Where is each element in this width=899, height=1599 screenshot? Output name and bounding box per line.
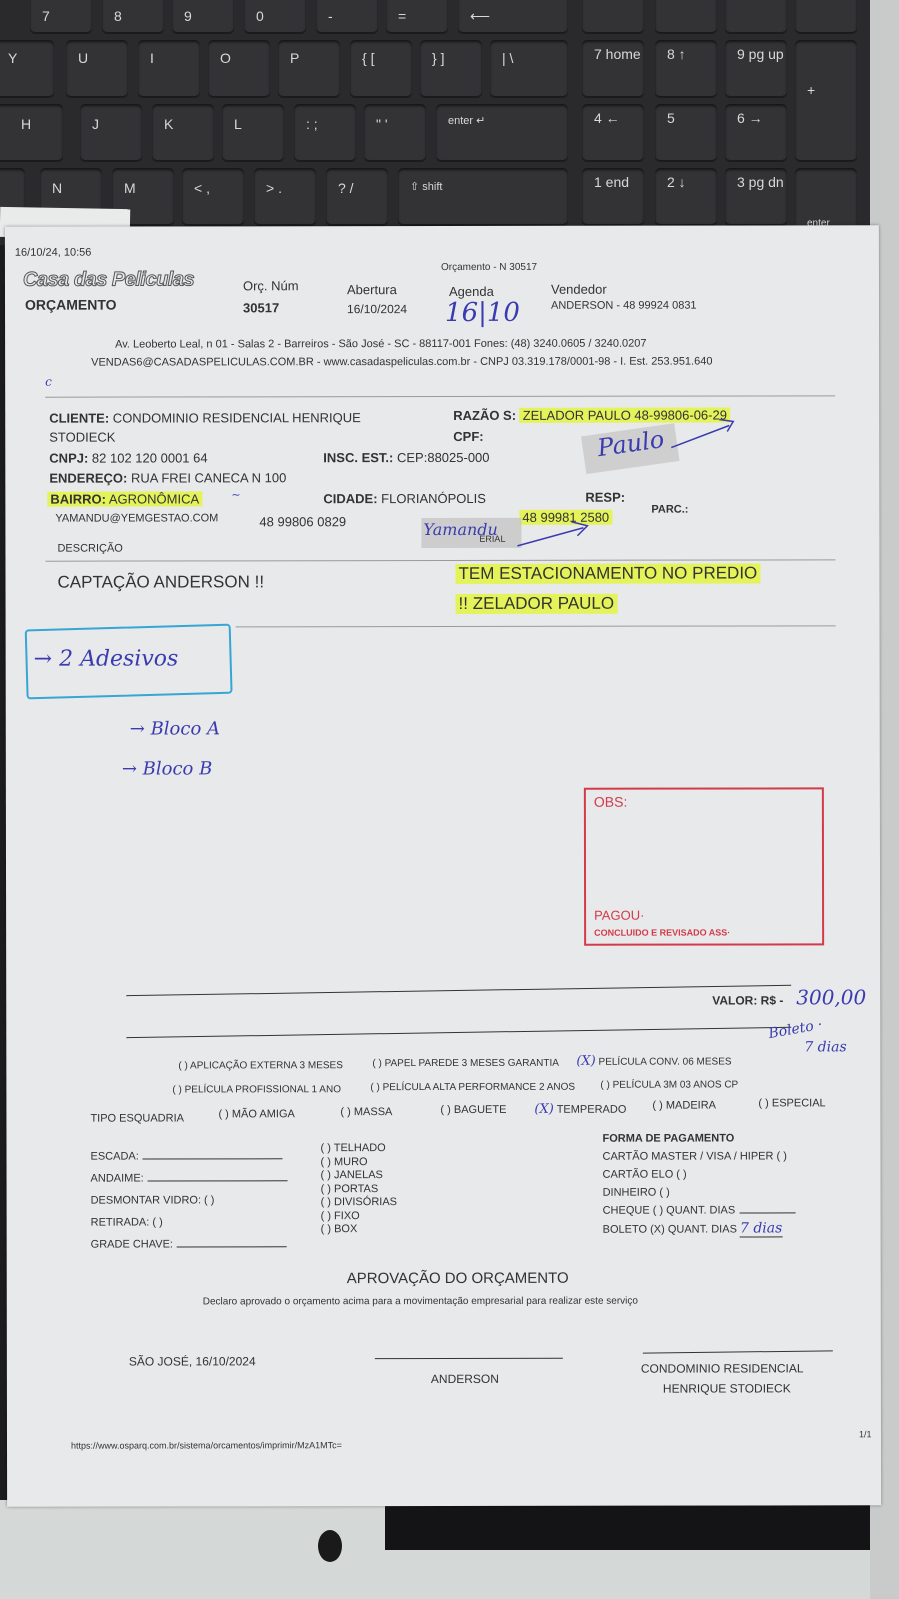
payment-cartao-master[interactable]: CARTÃO MASTER / VISA / HIPER ( ) bbox=[602, 1147, 795, 1165]
company-contact: VENDAS6@CASADASPELICULAS.COM.BR - www.ca… bbox=[91, 356, 712, 369]
vendedor-label: Vendedor bbox=[551, 282, 607, 297]
pagou-label: PAGOU· bbox=[594, 908, 644, 923]
client-email: YAMANDU@YEMGESTAO.COM bbox=[55, 512, 218, 524]
location-portas[interactable]: ( ) PORTAS bbox=[321, 1183, 397, 1197]
key-u: U bbox=[66, 40, 128, 96]
endereco: ENDEREÇO: RUA FREI CANECA N 100 bbox=[49, 470, 286, 485]
page-number: 1/1 bbox=[859, 1429, 872, 1439]
retirada-field[interactable]: RETIRADA: ( ) bbox=[91, 1216, 163, 1228]
payment-cartao-elo[interactable]: CARTÃO ELO ( ) bbox=[603, 1165, 796, 1183]
cpf-label: CPF: bbox=[453, 429, 483, 444]
payment-boleto[interactable]: BOLETO (X) QUANT. DIAS 7 dias bbox=[603, 1219, 796, 1238]
agenda-handwritten: 16|10 bbox=[445, 298, 520, 328]
obs-stamp: OBS: PAGOU· CONCLUIDO E REVISADO ASS· bbox=[584, 787, 824, 945]
pen-arrow-icon bbox=[669, 415, 739, 451]
pen-arrow-icon bbox=[515, 520, 595, 550]
key-slash: ? / bbox=[326, 168, 388, 224]
location-box[interactable]: ( ) BOX bbox=[321, 1223, 397, 1237]
key-blank bbox=[795, 0, 857, 32]
abertura-label: Abertura bbox=[347, 282, 397, 297]
key-blank bbox=[582, 0, 644, 32]
key-7: 7 bbox=[30, 0, 92, 32]
descricao-left: CAPTAÇÃO ANDERSON !! bbox=[57, 572, 264, 592]
cliente-line2: STODIECK bbox=[49, 430, 115, 445]
payment-dinheiro[interactable]: DINHEIRO ( ) bbox=[603, 1183, 796, 1201]
descricao-right-1: TEM ESTACIONAMENTO NO PREDIO bbox=[455, 563, 760, 584]
cnpj: CNPJ: 82 102 120 0001 64 bbox=[49, 450, 207, 465]
key-8: 8 bbox=[102, 0, 164, 32]
footer-url: https://www.osparq.com.br/sistema/orcame… bbox=[71, 1440, 342, 1450]
key-num-5: 5 bbox=[655, 104, 717, 160]
signature-anderson: ANDERSON bbox=[431, 1372, 499, 1386]
key-l: L bbox=[222, 104, 284, 160]
print-title: Orçamento - N 30517 bbox=[441, 262, 537, 273]
key-0: 0 bbox=[244, 0, 306, 32]
insc-est: INSC. EST.: CEP:88025-000 bbox=[323, 450, 489, 465]
key-i: I bbox=[138, 40, 200, 96]
option-pelicula-alta-performance[interactable]: ( ) PELÍCULA ALTA PERFORMANCE 2 ANOS bbox=[370, 1082, 575, 1093]
key-comma: < , bbox=[182, 168, 244, 224]
abertura-date: 16/10/2024 bbox=[347, 302, 407, 316]
option-pelicula-3m[interactable]: ( ) PELÍCULA 3M 03 ANOS CP bbox=[600, 1079, 738, 1090]
resp-label: RESP: bbox=[585, 490, 625, 505]
key-backspace: ⟵ bbox=[458, 0, 568, 32]
cliente-line1: CLIENTE: CONDOMINIO RESIDENCIAL HENRIQUE bbox=[49, 410, 361, 426]
parc-label: PARC.: bbox=[651, 504, 688, 516]
key-num-4: 4 ← bbox=[582, 104, 644, 160]
location-fixo[interactable]: ( ) FIXO bbox=[321, 1210, 397, 1224]
key-y: Y bbox=[0, 40, 54, 96]
agenda-label: Agenda bbox=[449, 284, 494, 299]
concluido-label: CONCLUIDO E REVISADO ASS· bbox=[594, 927, 730, 937]
esquadria-mao-amiga[interactable]: ( ) MÃO AMIGA bbox=[218, 1108, 294, 1120]
valor-note-dias: 7 dias bbox=[804, 1039, 846, 1055]
payment-cheque[interactable]: CHEQUE ( ) QUANT. DIAS bbox=[603, 1201, 796, 1219]
approval-place-date: SÃO JOSÉ, 16/10/2024 bbox=[129, 1354, 256, 1368]
client-phone1: 48 99806 0829 bbox=[259, 514, 346, 529]
location-divisorias[interactable]: ( ) DIVISÓRIAS bbox=[321, 1196, 397, 1210]
key-blank bbox=[655, 0, 717, 32]
key-k: K bbox=[152, 104, 214, 160]
key-num-9: 9 pg up bbox=[725, 40, 787, 96]
key-period: > . bbox=[254, 168, 316, 224]
payment-title: FORMA DE PAGAMENTO bbox=[602, 1129, 795, 1147]
key-semicolon: : ; bbox=[294, 104, 356, 160]
locations-list: ( ) TELHADO ( ) MURO ( ) JANELAS ( ) POR… bbox=[320, 1142, 397, 1237]
esquadria-baguete[interactable]: ( ) BAGUETE bbox=[440, 1104, 506, 1116]
grade-chave-field[interactable]: GRADE CHAVE: bbox=[91, 1238, 287, 1250]
note-bloco-a: → Bloco A bbox=[130, 718, 220, 739]
key-num-2: 2 ↓ bbox=[655, 168, 717, 224]
esquadria-especial[interactable]: ( ) ESPECIAL bbox=[758, 1097, 825, 1109]
tipo-esquadria-label: TIPO ESQUADRIA bbox=[90, 1112, 184, 1124]
esquadria-massa[interactable]: ( ) MASSA bbox=[340, 1106, 392, 1118]
note-bloco-b: → Bloco B bbox=[122, 758, 213, 779]
budget-document: 16/10/24, 10:56 Orçamento - N 30517 Casa… bbox=[5, 225, 881, 1507]
signature-line bbox=[375, 1358, 563, 1359]
orc-num: 30517 bbox=[243, 300, 279, 315]
key-quote: " ' bbox=[364, 104, 426, 160]
key-backslash: | \ bbox=[490, 40, 568, 96]
esquadria-temperado[interactable]: (X) TEMPERADO bbox=[534, 1102, 626, 1117]
key-p: P bbox=[278, 40, 340, 96]
key-minus: - bbox=[316, 0, 378, 32]
location-telhado[interactable]: ( ) TELHADO bbox=[320, 1142, 396, 1156]
shirt-button bbox=[318, 1530, 342, 1562]
location-muro[interactable]: ( ) MURO bbox=[321, 1156, 397, 1170]
stamp-text: ERIAL bbox=[479, 534, 505, 544]
company-address: Av. Leoberto Leal, n 01 - Salas 2 - Barr… bbox=[115, 338, 646, 351]
approval-declaration: Declaro aprovado o orçamento acima para … bbox=[203, 1296, 638, 1308]
line bbox=[126, 1027, 791, 1038]
valor-label: VALOR: R$ - bbox=[712, 993, 783, 1007]
escada-field[interactable]: ESCADA: bbox=[90, 1150, 282, 1162]
signature-client-1: CONDOMINIO RESIDENCIAL bbox=[641, 1361, 804, 1375]
divider bbox=[236, 625, 836, 627]
location-janelas[interactable]: ( ) JANELAS bbox=[321, 1169, 397, 1183]
andaime-field[interactable]: ANDAIME: bbox=[91, 1172, 288, 1184]
desmontar-vidro-field[interactable]: DESMONTAR VIDRO: ( ) bbox=[91, 1194, 215, 1206]
vendedor: ANDERSON - 48 99924 0831 bbox=[551, 300, 697, 312]
key-enter: enter ↵ bbox=[436, 104, 568, 160]
print-timestamp: 16/10/24, 10:56 bbox=[15, 247, 91, 259]
descricao-right-2: !! ZELADOR PAULO bbox=[456, 594, 618, 614]
dark-background bbox=[385, 1500, 870, 1550]
option-aplicacao-externa[interactable]: ( ) APLICAÇÃO EXTERNA 3 MESES bbox=[178, 1060, 343, 1071]
key-9: 9 bbox=[172, 0, 234, 32]
approval-title: APROVAÇÃO DO ORÇAMENTO bbox=[347, 1270, 569, 1287]
key-num-6: 6 → bbox=[725, 104, 787, 160]
key-shift: ⇧ shift bbox=[398, 168, 568, 224]
key-o: O bbox=[208, 40, 270, 96]
orc-num-label: Orç. Núm bbox=[243, 278, 299, 293]
payment-section: FORMA DE PAGAMENTO CARTÃO MASTER / VISA … bbox=[602, 1129, 795, 1238]
key-num-8: 8 ↑ bbox=[655, 40, 717, 96]
valor-handwritten: 300,00 bbox=[796, 985, 866, 1009]
option-pelicula-profissional[interactable]: ( ) PELÍCULA PROFISSIONAL 1 ANO bbox=[172, 1084, 341, 1095]
key-num-7: 7 home bbox=[582, 40, 644, 96]
key-num-3: 3 pg dn bbox=[725, 168, 787, 224]
esquadria-madeira[interactable]: ( ) MADEIRA bbox=[652, 1100, 716, 1112]
option-pelicula-conv[interactable]: (X) PELÍCULA CONV. 06 MESES bbox=[576, 1053, 731, 1068]
bairro: BAIRRO: AGRONÔMICA bbox=[47, 491, 202, 506]
obs-label: OBS: bbox=[594, 794, 627, 810]
note-adesivos: → 2 Adesivos bbox=[34, 646, 179, 671]
signature-client-2: HENRIQUE STODIECK bbox=[663, 1381, 791, 1395]
cidade: CIDADE: FLORIANÓPOLIS bbox=[323, 491, 486, 506]
key-j: J bbox=[80, 104, 142, 160]
key-h: H bbox=[0, 104, 63, 160]
pen-mark: c bbox=[45, 375, 52, 389]
key-num-plus: + bbox=[795, 40, 857, 160]
key-equals: = bbox=[386, 0, 448, 32]
option-papel-parede[interactable]: ( ) PAPEL PAREDE 3 MESES GARANTIA bbox=[372, 1058, 559, 1069]
laptop-keyboard: 7 8 9 0 - = ⟵ Y U I O P { [ } ] | \ 7 ho… bbox=[0, 0, 870, 245]
key-bracket-left: { [ bbox=[350, 40, 412, 96]
signature-line bbox=[643, 1350, 833, 1353]
brand-logo: Casa das Peliculas bbox=[23, 268, 194, 291]
key-num-1: 1 end bbox=[582, 168, 644, 224]
key-bracket-right: } ] bbox=[420, 40, 482, 96]
pen-mark: ~ bbox=[231, 488, 240, 501]
doc-type: ORÇAMENTO bbox=[25, 297, 117, 313]
descricao-label: DESCRIÇÃO bbox=[57, 543, 122, 555]
line bbox=[126, 985, 791, 996]
valor-note-boleto: Boleto · bbox=[767, 1017, 823, 1042]
divider bbox=[45, 559, 835, 561]
divider bbox=[45, 395, 835, 397]
key-blank bbox=[725, 0, 787, 32]
